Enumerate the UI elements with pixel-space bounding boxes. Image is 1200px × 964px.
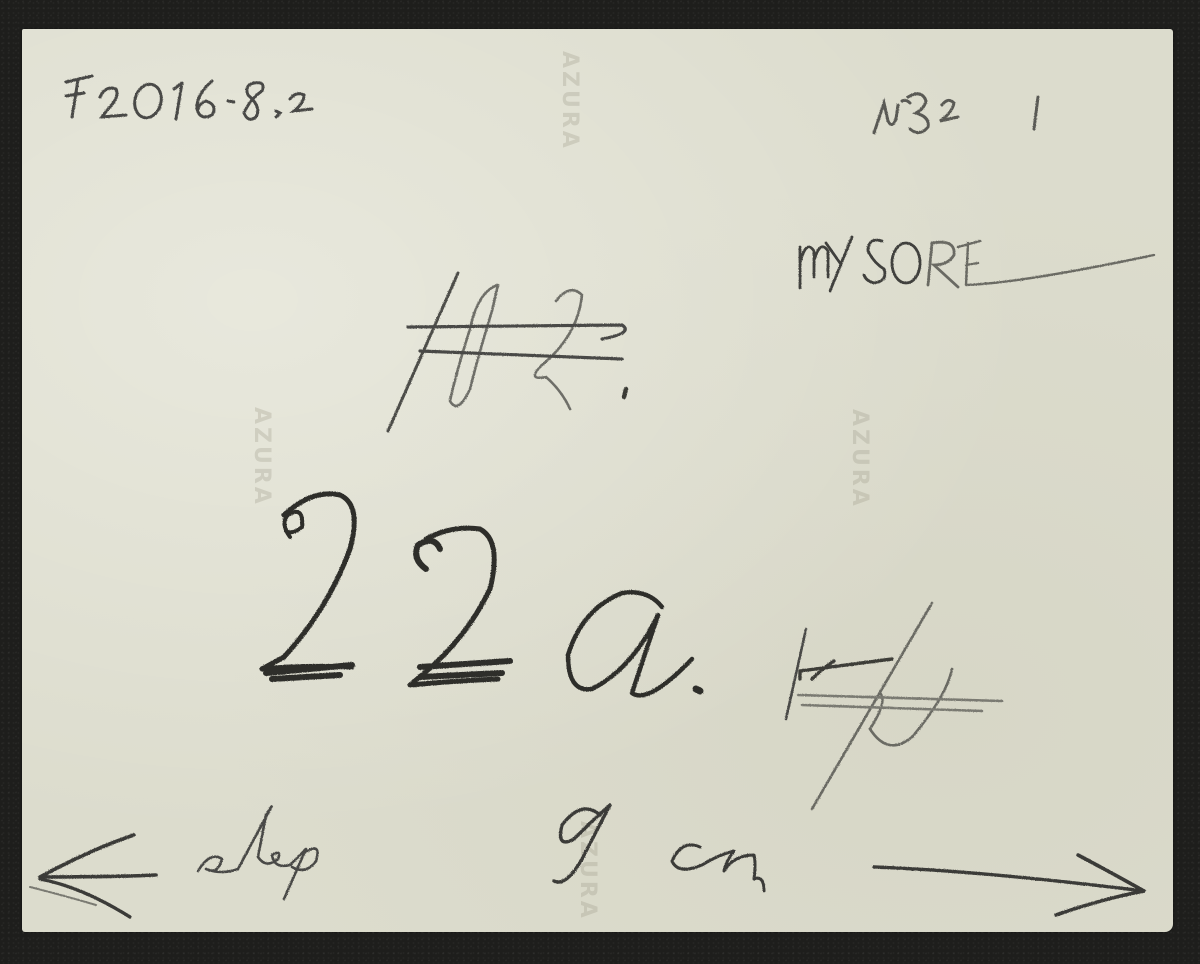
crossed-out-number-right — [786, 603, 1002, 809]
inventory-number — [66, 76, 312, 121]
main-number — [262, 494, 700, 696]
svg-text:22a.: 22a. — [22, 29, 53, 33]
label-card: AZURA AZURA AZURA AZURA — [22, 29, 1173, 932]
crossed-out-number-top — [388, 273, 626, 431]
catalog-number — [874, 94, 1038, 133]
pencil-handwriting: F2016.8.2 — [22, 29, 1173, 932]
place-label — [800, 237, 1154, 291]
dimension-note — [30, 805, 1144, 917]
